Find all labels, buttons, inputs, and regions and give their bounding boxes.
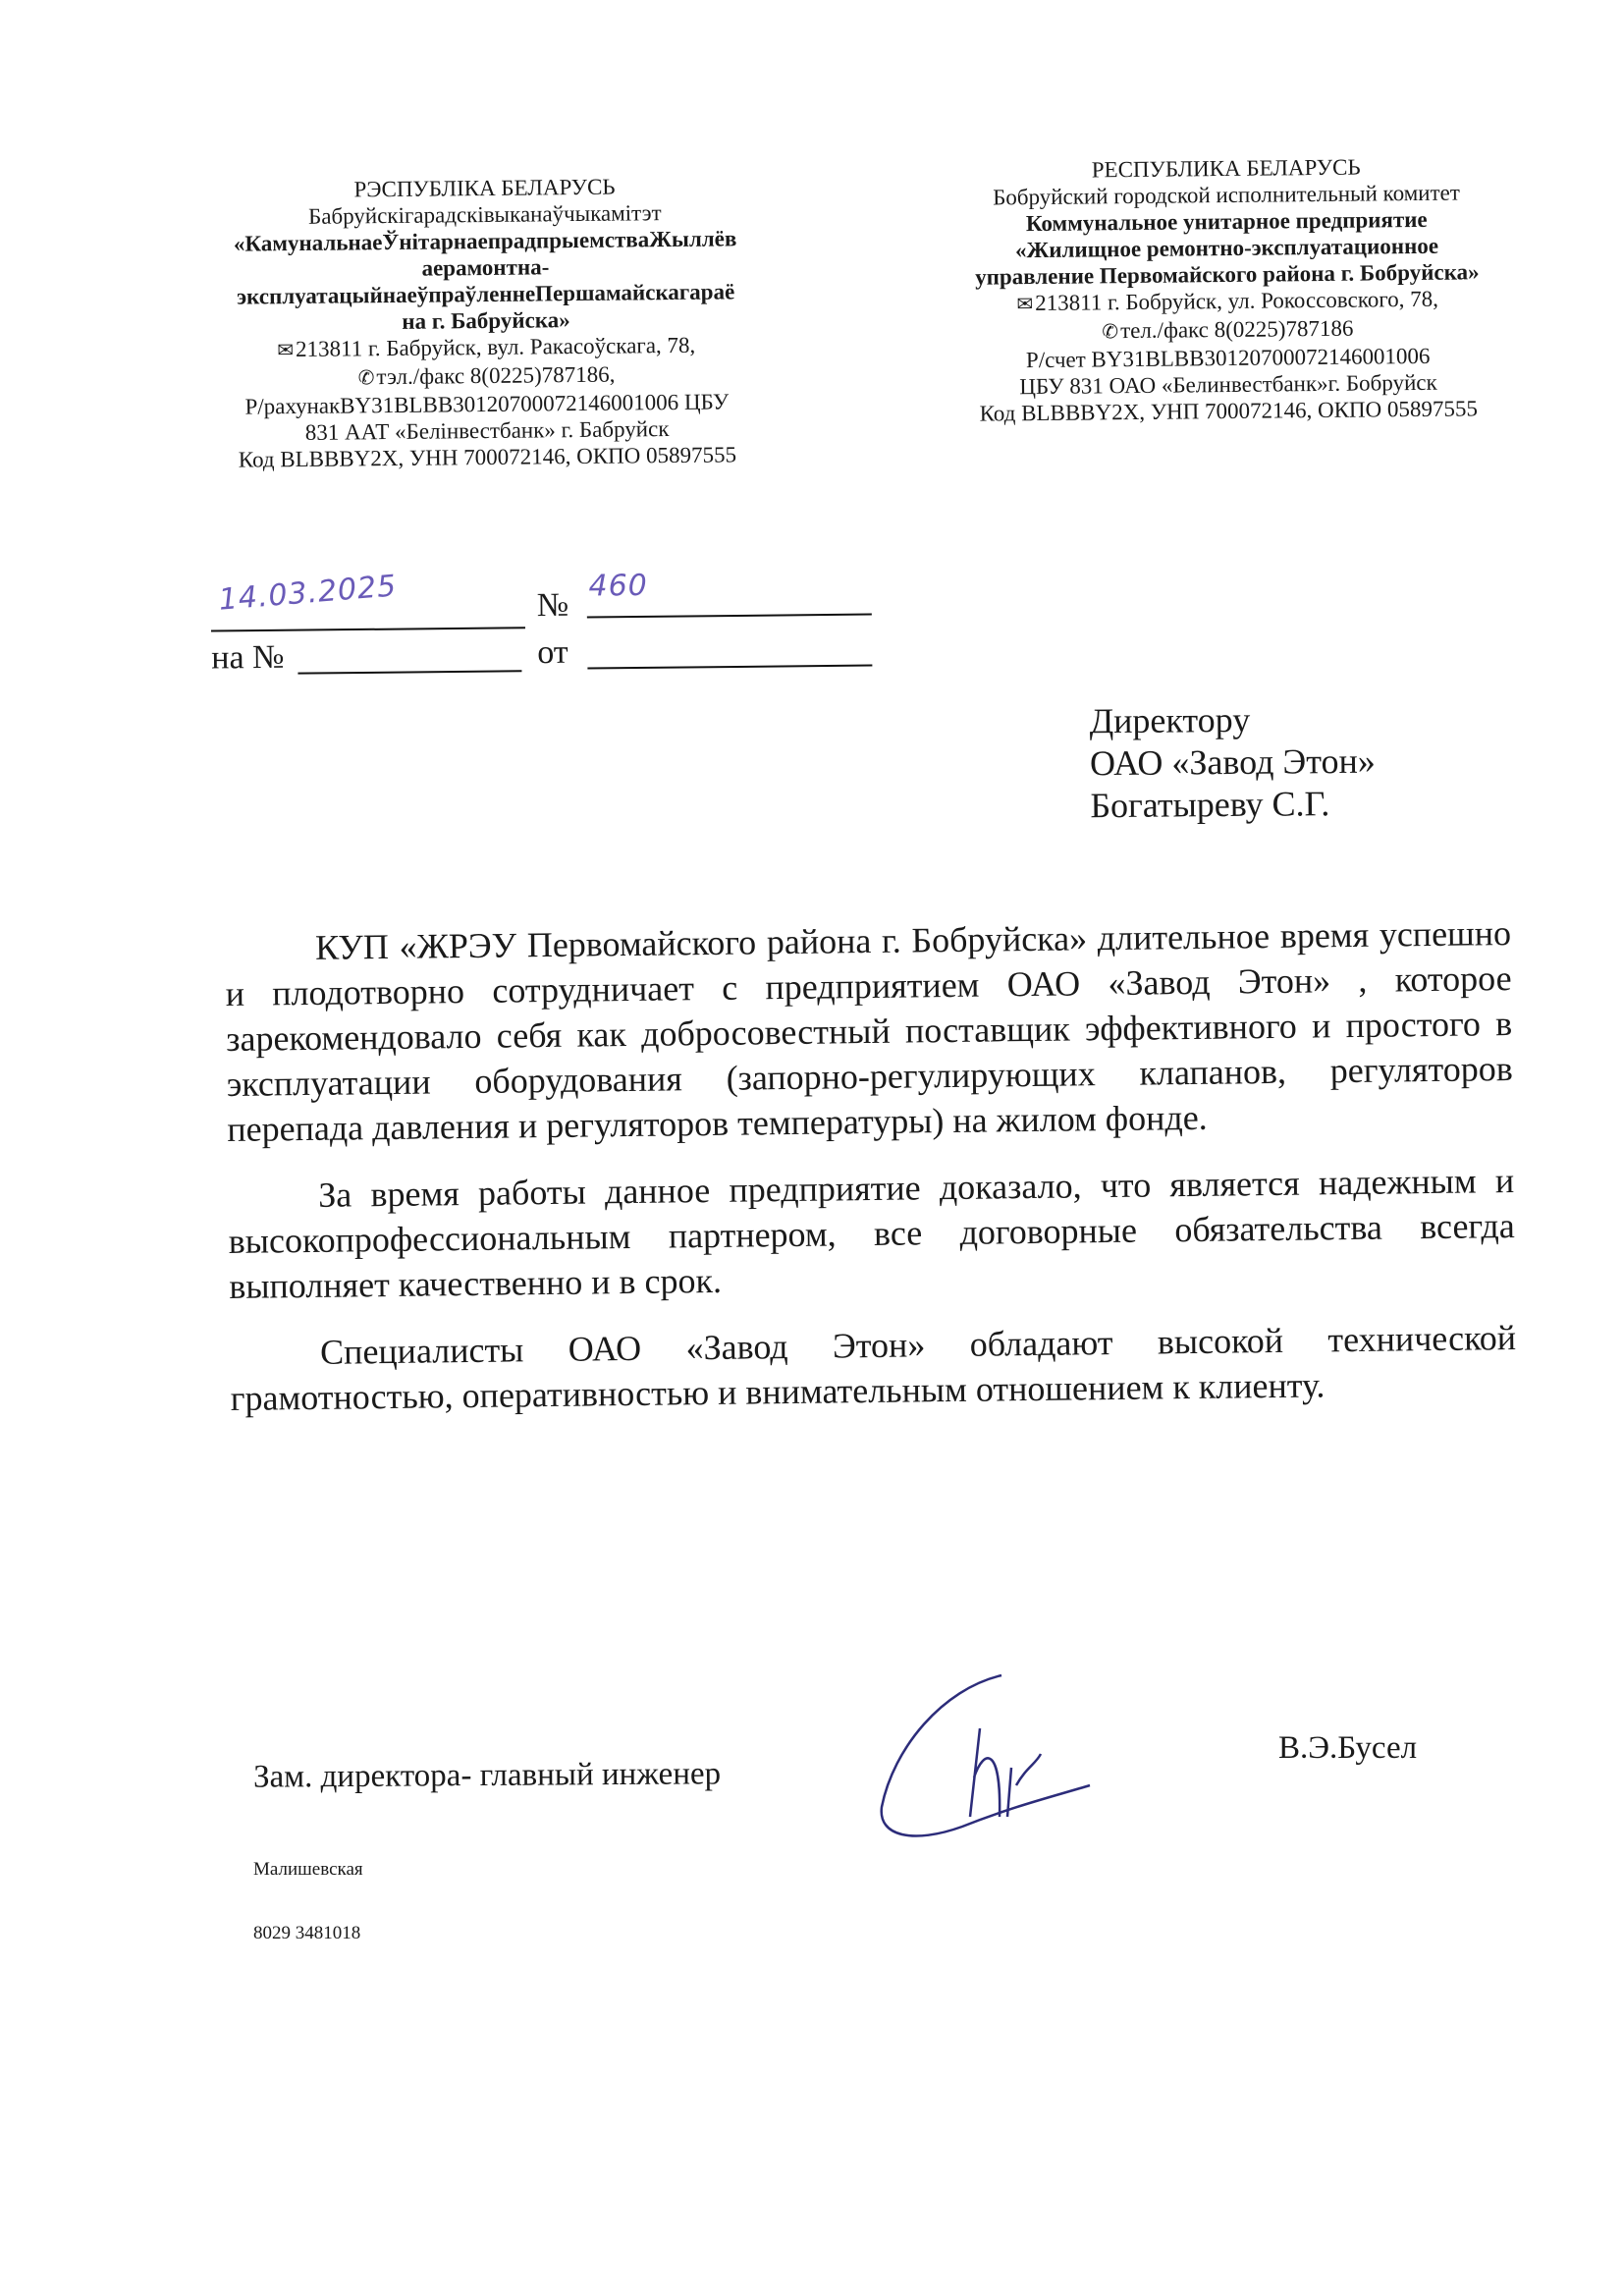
mail-icon: ✉ [1016,292,1033,318]
handwritten-date: 14.03.2025 [217,569,398,617]
ref-number-label: на № [211,639,285,678]
signatory-name: В.Э.Бусел [1278,1730,1417,1767]
executor-name: Малишевская [253,1859,363,1881]
outgoing-reg-row: 14.03.2025 № 460 [210,575,879,633]
address-be: ✉213811 г. Бабруйск, вул. Ракасоўскага, … [196,331,776,365]
executor-phone: 8029 3481018 [253,1923,360,1944]
phone-icon: ✆ [358,365,375,392]
codes-be: Код BLBBBY2X, УНН 700072146, ОКПО 058975… [197,441,777,473]
addressee-name: Богатыреву С.Г. [1090,783,1376,828]
from-date-line [587,665,872,670]
registration-block: 14.03.2025 № 460 на № от [210,575,879,684]
letterhead-belarusian: РЭСПУБЛІКА БЕЛАРУСЬ Бабруйскігарадсківык… [194,172,777,473]
ref-number-line [298,670,521,674]
addressee-block: Директору ОАО «Завод Этон» Богатыреву С.… [1089,698,1376,828]
from-label: от [537,634,568,672]
codes-ru: Код BLBBBY2X, УНП 700072146, ОКПО 058975… [929,395,1528,427]
paragraph-2: За время работы данное предприятие доказ… [228,1158,1516,1309]
paragraph-3: Специалисты ОАО «Завод Этон» обладают вы… [230,1315,1517,1421]
addressee-company: ОАО «Завод Этон» [1090,740,1376,786]
incoming-reg-row: на № от [211,627,880,684]
handwritten-signature [854,1669,1178,1846]
number-label: № [537,587,569,625]
letterhead-russian: РЕСПУБЛИКА БЕЛАРУСЬ Бобруйский городской… [927,152,1529,427]
addressee-position: Директору [1089,698,1375,743]
handwritten-number: 460 [588,569,648,604]
phone-icon: ✆ [1102,319,1118,346]
mail-icon: ✉ [277,338,294,364]
signatory-title: Зам. директора- главный инженер [253,1756,721,1795]
number-line [587,614,872,619]
paragraph-1: КУП «ЖРЭУ Первомайского района г. Бобруй… [225,910,1514,1152]
letter-body: КУП «ЖРЭУ Первомайского района г. Бобруй… [225,910,1517,1443]
